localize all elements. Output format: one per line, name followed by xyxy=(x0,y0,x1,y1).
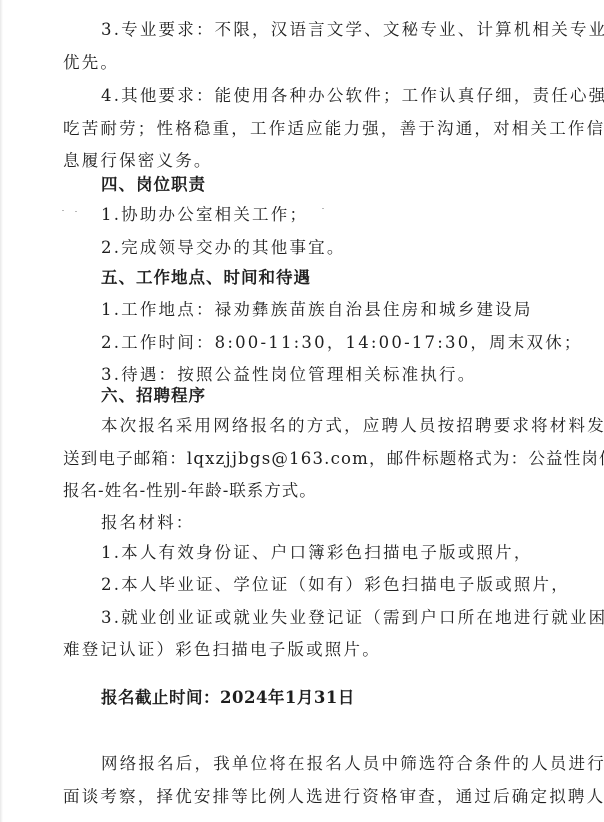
material-item-2: 2.本人毕业证、学位证（如有）彩色扫描电子版或照片， xyxy=(101,575,571,595)
procedure-intro-line-1: 本次报名采用网络报名的方式，应聘人员按招聘要求将材料发 xyxy=(101,416,571,436)
scan-speck xyxy=(75,211,77,212)
document-page: 3.专业要求：不限，汉语言文学、文秘专业、计算机相关专业 优先。 4.其他要求：… xyxy=(0,0,604,822)
duty-item-1: 1.协助办公室相关工作； xyxy=(101,205,571,225)
section-heading-location-time-pay: 五、工作地点、时间和待遇 xyxy=(101,268,571,288)
material-item-1: 1.本人有效身份证、户口簿彩色扫描电子版或照片， xyxy=(101,543,571,563)
application-deadline: 报名截止时间：2024年1月31日 xyxy=(101,688,571,708)
section-heading-recruitment-procedure: 六、招聘程序 xyxy=(101,386,571,406)
scan-speck xyxy=(62,210,64,211)
duty-item-2: 2.完成领导交办的其他事宜。 xyxy=(101,238,571,258)
compensation-item: 3.待遇：按照公益性岗位管理相关标准执行。 xyxy=(101,365,571,385)
requirement-3-line-2: 优先。 xyxy=(63,53,571,73)
scan-edge-shadow xyxy=(0,0,3,822)
material-item-3-line-2: 难登记认证）彩色扫描电子版或照片。 xyxy=(63,640,571,660)
requirement-4-line-2: 吃苦耐劳；性格稳重，工作适应能力强，善于沟通，对相关工作信 xyxy=(63,119,571,139)
requirement-4-line-3: 息履行保密义务。 xyxy=(63,151,571,171)
procedure-intro-line-3: 报名-姓名-性别-年龄-联系方式。 xyxy=(63,481,571,501)
work-hours-item: 2.工作时间：8:00-11:30，14:00-17:30，周末双休； xyxy=(101,333,571,353)
followup-line-2: 面谈考察，择优安排等比例人选进行资格审查，通过后确定拟聘人 xyxy=(63,787,571,807)
section-heading-duties: 四、岗位职责 xyxy=(101,175,571,195)
followup-line-1: 网络报名后，我单位将在报名人员中筛选符合条件的人员进行 xyxy=(101,754,571,774)
requirement-4-line-1: 4.其他要求：能使用各种办公软件；工作认真仔细，责任心强； xyxy=(101,86,571,106)
location-item: 1.工作地点：禄劝彝族苗族自治县住房和城乡建设局 xyxy=(101,300,571,320)
requirement-3-line-1: 3.专业要求：不限，汉语言文学、文秘专业、计算机相关专业 xyxy=(101,20,571,40)
procedure-intro-line-2: 送到电子邮箱：lqxzjjbgs@163.com，邮件标题格式为：公益性岗位 xyxy=(63,449,571,469)
material-item-3-line-1: 3.就业创业证或就业失业登记证（需到户口所在地进行就业困 xyxy=(101,608,571,628)
materials-label: 报名材料： xyxy=(101,513,571,533)
